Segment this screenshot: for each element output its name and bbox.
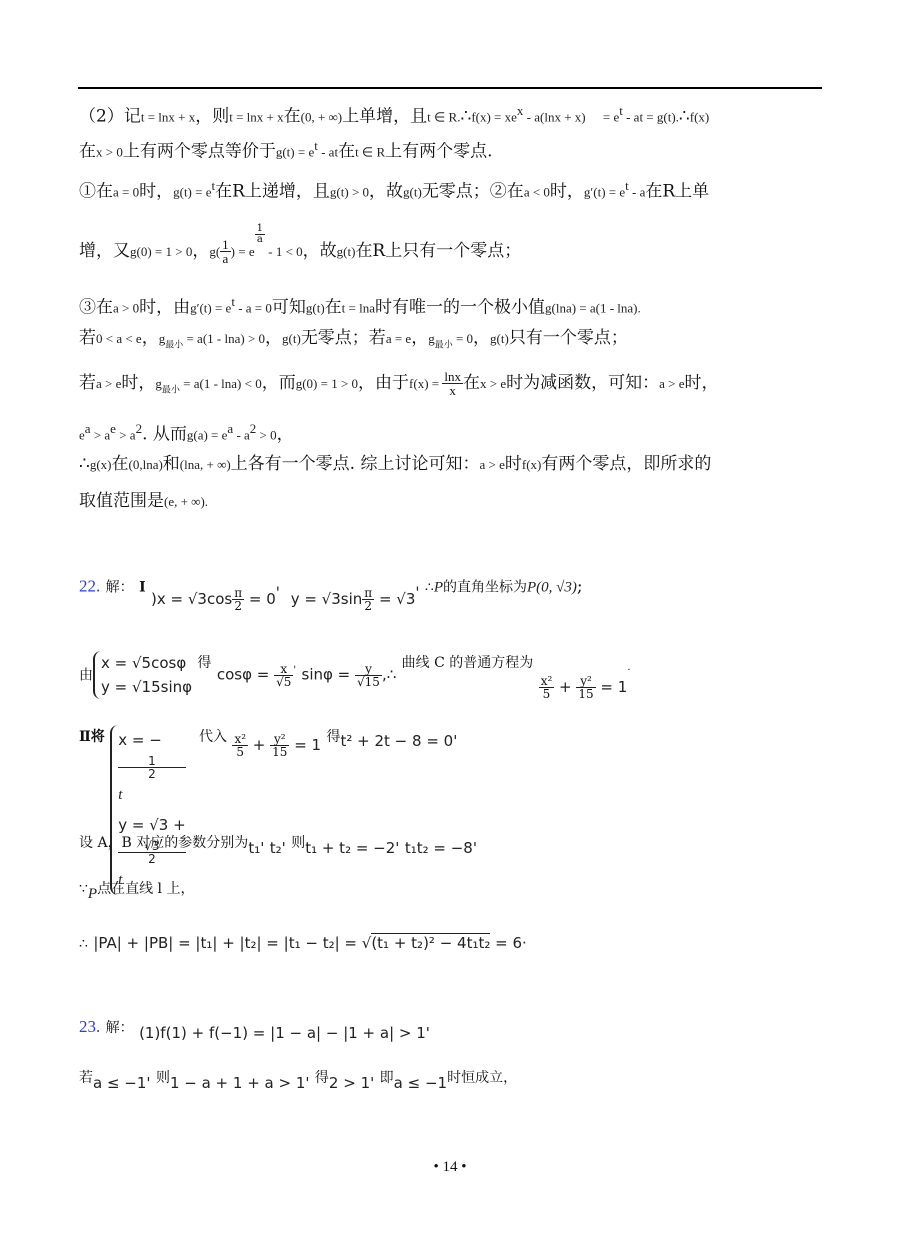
curve-equation: x²5 + y²15 = 1 [539, 677, 628, 697]
q22-eqs: )x = √3cosπ2 = 0' y = √3sinπ2 = √3' [151, 589, 425, 609]
math: a = 0 [113, 185, 139, 200]
part-label: Ⅰ [139, 580, 146, 596]
math: - a [629, 185, 646, 200]
denominator: 2 [118, 768, 185, 780]
text: 有两个零点，即所求的 [541, 454, 711, 474]
math: g(0) = 1 > 0 [130, 244, 192, 259]
q22-line6: ∴ |PA| + |PB| = |t₁| + |t₂| = |t₁ − t₂| … [79, 931, 527, 956]
text: 和 [163, 454, 180, 474]
text: ，故 [303, 241, 337, 261]
math: a ≤ −1 [394, 1074, 447, 1092]
denominator: 2 [362, 600, 374, 612]
subscript: 最小 [165, 340, 183, 350]
math: t₁t₂ = −8' [405, 839, 477, 857]
text: ，由于 [358, 373, 409, 393]
subscript: 最小 [435, 340, 453, 350]
math: - 1 < 0 [265, 244, 303, 259]
conclusion-line2: 取值范围是(e, + ∞). [79, 489, 208, 514]
math: a ≤ −1' [93, 1074, 151, 1092]
text: 曲线 C 的普通方程为 [402, 655, 534, 671]
case3c-line: 若a > e时，g最小 = a(1 - lna) < 0，而g(0) = 1 >… [79, 370, 718, 402]
math: t₁' [248, 839, 264, 857]
text: 若 [79, 1070, 93, 1086]
math: = 1 [289, 736, 321, 754]
math: g(lna) = a(1 - lna). [545, 301, 641, 316]
text: ③在 [79, 298, 113, 318]
text: 增，又 [79, 241, 130, 261]
math: f(x) = xe [471, 110, 517, 125]
text: 可知 [272, 298, 306, 318]
math: P [88, 886, 97, 902]
text: 即 [380, 1070, 394, 1086]
math: g(t) > 0 [330, 185, 369, 200]
text: 在 [325, 298, 342, 318]
question-number: 23. [79, 1017, 100, 1036]
text: 代入 [199, 729, 227, 745]
numerator: 1 [220, 238, 231, 252]
text: ， [411, 328, 428, 348]
math: t = lnx + x [229, 110, 283, 125]
denominator: 2 [232, 600, 244, 612]
math: (t₁ + t₂)² − 4t₁t₂ [371, 933, 490, 952]
text: 时， [684, 373, 718, 393]
numerator: y² [576, 675, 595, 688]
text: ，故 [369, 182, 403, 202]
text: 上单增，且 [342, 107, 427, 127]
math: |PA| + |PB| = |t₁| + |t₂| = |t₁ − t₂| = [93, 934, 361, 952]
numerator: π [362, 587, 374, 600]
math: t₂' [270, 839, 286, 857]
math: (0,lna) [129, 457, 163, 472]
text: 上各有一个零点. 综上讨论可知： [231, 454, 480, 474]
math: - a(lnx + x) [523, 110, 585, 125]
math: ) = e [231, 244, 255, 259]
text: 解： [106, 580, 134, 596]
denominator: a [220, 252, 231, 265]
text: ; [577, 577, 583, 597]
text: 在 [112, 454, 129, 474]
numerator: y [355, 663, 382, 676]
curve-equation: x²5 + y²15 = 1 [232, 735, 321, 755]
fraction: π2 [232, 587, 244, 612]
answer-math: (e, + ∞). [164, 494, 208, 509]
math: = 1 [596, 678, 628, 696]
text: ，则 [195, 107, 229, 127]
math: · [627, 665, 630, 676]
math: g′(t) = e [190, 301, 231, 316]
case1-line: ①在a = 0时，g(t) = et在R上递增，且g(t) > 0，故g(t)无… [79, 174, 709, 205]
math: t = lnx + x [141, 110, 195, 125]
text: 时， [139, 182, 173, 202]
math: 2 > 1' [329, 1074, 374, 1092]
equation-system: x = √5cosφy = √15sinφ [93, 651, 192, 699]
math: (1)f(1) + f(−1) = |1 − a| − |1 + a| > 1' [139, 1024, 430, 1042]
math: y = √15sinφ [101, 675, 192, 699]
part-label: Ⅱ将 [79, 729, 105, 745]
text: 在R上只有一个零点； [355, 241, 521, 261]
math: (0, + ∞) [301, 110, 343, 125]
text: 若 [79, 373, 96, 393]
fraction: x√5 [274, 663, 293, 688]
case3b-line: 若0 < a < e，g最小 = a(1 - lna) > 0，g(t)无零点；… [79, 326, 628, 357]
text: 时，由 [139, 298, 190, 318]
denominator: 5 [539, 688, 555, 700]
because-symbol: ∵ [79, 881, 88, 897]
text: 时恒成立， [447, 1070, 517, 1086]
therefore-symbol: ∴ [79, 454, 90, 474]
text: 在R上递增，且 [215, 182, 330, 202]
fraction: 12 [118, 755, 185, 780]
text: ， [265, 328, 282, 348]
numerator: x [274, 663, 293, 676]
text: . 从而 [142, 425, 187, 445]
math: P(0, √3) [527, 580, 577, 596]
text: 的直角坐标为 [443, 580, 527, 596]
case3d-line: ea > ae > a2. 从而g(a) = ea - a2 > 0， [79, 417, 294, 448]
denominator: 15 [576, 688, 595, 700]
math: g(x) [90, 457, 112, 472]
therefore-symbol: ∴ [679, 107, 690, 127]
math: > 0 [256, 428, 276, 443]
text: 时 [505, 454, 522, 474]
fraction: y√15 [355, 663, 382, 688]
math: x = −12t [118, 725, 185, 810]
denominator: 15 [270, 746, 289, 758]
header-rule [78, 87, 822, 89]
text: 时为减函数，可知： [506, 373, 659, 393]
math: - a [233, 428, 250, 443]
math: g(t) [337, 244, 356, 259]
math: P [434, 580, 443, 596]
q23-line2: 若a ≤ −1' 则1 − a + 1 + a > 1' 得2 > 1' 即a … [79, 1065, 517, 1090]
case3-line: ③在a > 0时，由g′(t) = et - a = 0可知g(t)在t = l… [79, 290, 641, 321]
text: 点在直线 l 上， [97, 881, 194, 897]
math: (lna, + ∞) [180, 457, 231, 472]
math: t = lna [342, 301, 375, 316]
text: 上有两个零点等价于 [123, 142, 276, 162]
q22-line1: 22. 解： Ⅰ )x = √3cosπ2 = 0' y = √3sinπ2 =… [79, 568, 583, 600]
text: 上有两个零点. [385, 142, 492, 162]
text: 在 [284, 107, 301, 127]
text: 则 [156, 1070, 170, 1086]
sqrt-symbol: √ [362, 934, 372, 952]
fraction: y²15 [576, 675, 595, 700]
math: = e [600, 110, 620, 125]
line-parametric-system: x = −12t y = √3 + √32t [110, 725, 185, 895]
math: g(t) [282, 331, 301, 346]
text: 只有一个零点； [509, 328, 628, 348]
math: - at = g(t). [623, 110, 679, 125]
math: = a(1 - lna) < 0 [180, 376, 262, 391]
math: = √3 [374, 590, 415, 608]
text: ， [277, 425, 294, 445]
math: t² + 2t − 8 = 0' [340, 732, 457, 750]
math: 1 − a + 1 + a > 1' [170, 1074, 310, 1092]
math: > a [91, 428, 111, 443]
numerator: π [232, 587, 244, 600]
math: t ∈ R. [427, 110, 460, 125]
exponent-fraction: 1a [255, 224, 265, 245]
question-number: 22. [79, 577, 100, 596]
q23-line1: 23. 解： (1)f(1) + f(−1) = |1 − a| − |1 + … [79, 1015, 430, 1040]
q22-line4: 设 A，B 对应的参数分别为t₁' t₂' 则t₁ + t₂ = −2' t₁t… [79, 830, 477, 855]
math: g(t) [490, 331, 509, 346]
math: g(a) = e [187, 428, 228, 443]
text: ，而 [262, 373, 296, 393]
math: y = √3sin [291, 590, 363, 608]
fraction: y²15 [270, 733, 289, 758]
math: g(t) [403, 185, 422, 200]
math: - at [318, 145, 338, 160]
text: 得 [326, 729, 340, 745]
text: ， [192, 241, 209, 261]
math: a > e [659, 376, 684, 391]
math: = 0 [453, 331, 473, 346]
math: a > e [96, 376, 121, 391]
text: 由 [79, 668, 93, 684]
math: - a = 0 [235, 301, 272, 316]
fraction: lnxx [442, 370, 463, 397]
math: ' [415, 583, 419, 601]
therefore-symbol: ∴ [425, 580, 434, 596]
therefore-symbol: ∴ [460, 107, 471, 127]
denominator: a [255, 235, 265, 245]
math: ' [276, 583, 280, 601]
math: ,∴ [382, 666, 396, 684]
text: 取值范围是 [79, 491, 164, 511]
math: > a [116, 428, 136, 443]
denominator: √15 [355, 676, 382, 688]
fraction: 1a [220, 238, 231, 265]
math: f(x) [522, 457, 542, 472]
math: = a(1 - lna) > 0 [183, 331, 265, 346]
text: 在 [463, 373, 480, 393]
math: cosφ = [217, 666, 274, 684]
text: 得 [315, 1070, 329, 1086]
math: = 6· [490, 934, 526, 952]
math: + [554, 678, 576, 696]
text: 时， [121, 373, 155, 393]
math: f(x) [690, 110, 710, 125]
fraction: x²5 [232, 733, 248, 758]
math: g(t) = e [276, 145, 314, 160]
text: 时有唯一的一个极小值 [375, 298, 545, 318]
text: 在R上单 [645, 182, 709, 202]
text: 设 A，B 对应的参数分别为 [79, 835, 248, 851]
math: ' [293, 665, 296, 676]
part2-line1: （2）记t = lnx + x，则t = lnx + x在(0, + ∞)上单增… [79, 99, 709, 130]
math: 0 < a < e [96, 331, 142, 346]
math: g( [209, 244, 220, 259]
math: a > 0 [113, 301, 139, 316]
math: a = e [386, 331, 411, 346]
text: ， [473, 328, 490, 348]
text: 得 [197, 655, 211, 671]
q22-line3: Ⅱ将 x = −12t y = √3 + √32t 代入 x²5 + y²15 … [79, 725, 457, 895]
text: 若 [79, 328, 96, 348]
math: g(0) = 1 > 0 [296, 376, 358, 391]
numerator: x² [539, 675, 555, 688]
page-number: • 14 • [0, 1159, 900, 1176]
case2-line: 增，又g(0) = 1 > 0，g(1a) = e1a - 1 < 0，故g(t… [79, 224, 521, 265]
denominator: √5 [274, 676, 293, 688]
part2-line2: 在x > 0上有两个零点等价于g(t) = et - at在t ∈ R上有两个零… [79, 134, 493, 165]
text: 在 [338, 142, 355, 162]
fraction: π2 [362, 587, 374, 612]
numerator: lnx [442, 370, 463, 384]
math: + [248, 736, 270, 754]
text: 时， [550, 182, 584, 202]
denominator: x [442, 384, 463, 397]
text: 无零点；若 [301, 328, 386, 348]
math: x > 0 [96, 145, 123, 160]
text: 在 [79, 142, 96, 162]
text: 解： [106, 1020, 134, 1036]
q22-line5: ∵P点在直线 l 上， [79, 876, 194, 901]
text: （2）记 [79, 107, 141, 127]
text: ①在 [79, 182, 113, 202]
math: a > e [480, 457, 505, 472]
math: x > e [480, 376, 506, 391]
conclusion-line1: ∴g(x)在(0,lna)和(lna, + ∞)上各有一个零点. 综上讨论可知：… [79, 452, 711, 477]
subscript: 最小 [162, 385, 180, 395]
math: f(x) = [409, 376, 442, 391]
fraction: x²5 [539, 675, 555, 700]
math: t ∈ R [355, 145, 385, 160]
denominator: 5 [232, 746, 248, 758]
math: g(t) = e [173, 185, 211, 200]
math: x = − [118, 725, 185, 755]
text: ， [142, 328, 159, 348]
math: x = √5cosφ [101, 651, 192, 675]
math: g′(t) = e [584, 185, 625, 200]
math: = 0 [244, 590, 276, 608]
math: g(t) [306, 301, 325, 316]
therefore-symbol: ∴ [79, 936, 88, 952]
math: t₁ + t₂ = −2' [305, 839, 399, 857]
math: t [118, 780, 185, 810]
math: a < 0 [524, 185, 550, 200]
math: x = √3cos [157, 590, 232, 608]
text: 则 [291, 835, 305, 851]
text: 无零点；②在 [422, 182, 524, 202]
math: sinφ = [302, 666, 356, 684]
q22-line2: 由x = √5cosφy = √15sinφ 得 cosφ = x√5' sin… [79, 651, 631, 699]
